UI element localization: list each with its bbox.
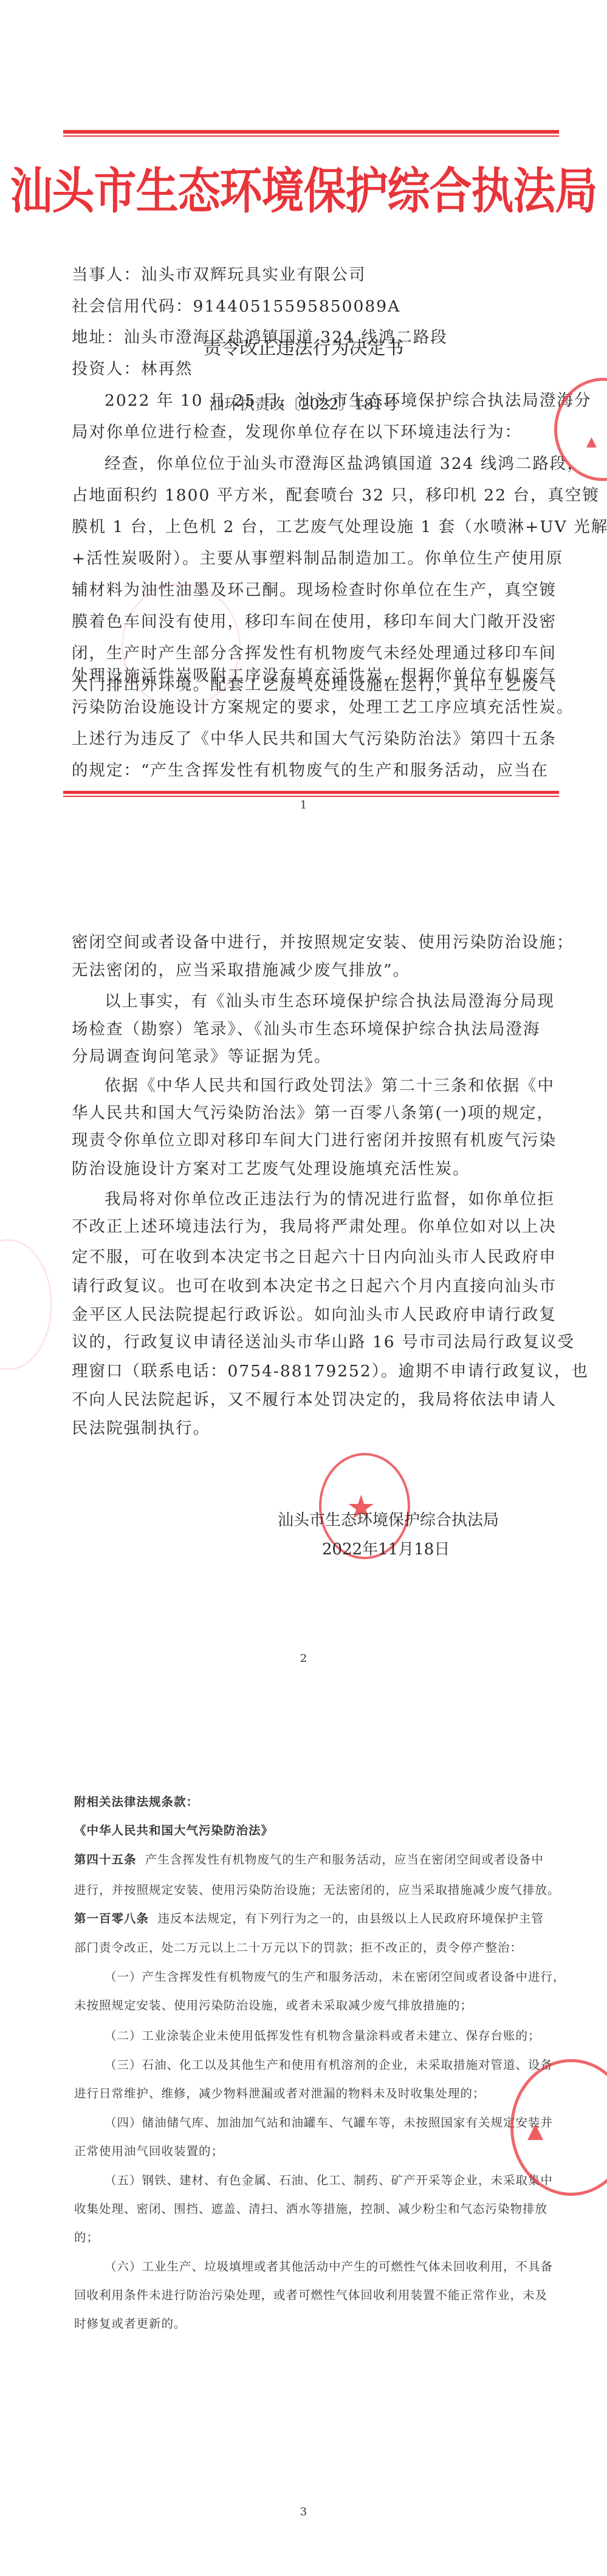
body-line: 2022 年 10 月 25 日，汕头市生态环境保护综合执法局澄海分 bbox=[105, 392, 540, 410]
header-rule-thick bbox=[63, 130, 559, 134]
clause-item: 的； bbox=[74, 2230, 99, 2245]
body-line: 金平区人民法院提起行政诉讼。如向汕头市人民政府申请行政复 bbox=[72, 1306, 540, 1324]
footer-rule-thick bbox=[63, 791, 559, 794]
body-line: 占地面积约 1800 平方米，配套喷台 32 只，移印机 22 台，真空镀 bbox=[72, 487, 540, 505]
body-line: 民法院强制执行。 bbox=[72, 1420, 540, 1438]
seal-ghost bbox=[122, 583, 241, 708]
party-investor: 投资人：林再然 bbox=[72, 360, 540, 378]
seal-ghost bbox=[0, 1239, 52, 1370]
clause-item: 时修复或者更新的。 bbox=[74, 2317, 187, 2331]
article-108-text: 违反本法规定，有下列行为之一的，由县级以上人民政府环境保护主管 bbox=[157, 1912, 544, 1925]
signature-date: 2022年11月18日 bbox=[322, 1537, 450, 1559]
article-45-cont: 进行，并按照规定安装、使用污染防治设施；无法密闭的，应当采取措施减少废气排放。 bbox=[74, 1883, 560, 1898]
clause-item: （一）产生含挥发性有机物废气的生产和服务活动，未在密闭空间或者设备中进行， bbox=[105, 1970, 566, 1984]
body-line: 上述行为违反了《中华人民共和国大气污染防治法》第四十五条 bbox=[72, 730, 540, 748]
body-line: 不改正上述环境违法行为，我局将严肃处理。你单位如对以上决 bbox=[72, 1218, 540, 1236]
seal-star-icon: ▲ bbox=[586, 434, 597, 449]
body-line: 华人民共和国大气污染防治法》第一百零八条第(一)项的规定， bbox=[72, 1104, 540, 1122]
clause-item: （五）钢铁、建材、有色金属、石油、化工、制药、矿产开采等企业，未采取集中 bbox=[105, 2173, 553, 2188]
clause-item: 收集处理、密闭、围挡、遮盖、清扫、洒水等措施，控制、减少粉尘和气态污染物排放 bbox=[74, 2202, 547, 2216]
party-address: 地址：汕头市澄海区盐鸿镇国道 324 线鸿二路段 bbox=[72, 329, 540, 347]
body-line: 不向人民法院起诉，又不履行本处罚决定的，我局将依法申请人 bbox=[72, 1391, 540, 1409]
agency-letterhead: 汕头市生态环境保护综合执法局 bbox=[0, 152, 607, 222]
body-line: 定不服，可在收到本决定书之日起六十日内向汕头市人民政府申 bbox=[72, 1248, 540, 1266]
body-line: 理窗口（联系电话：0754-88179252）。逾期不申请行政复议，也 bbox=[72, 1362, 540, 1381]
article-45: 第四十五条 产生含挥发性有机物废气的生产和服务活动，应当在密闭空间或者设备中 bbox=[74, 1853, 544, 1867]
clause-item: （三）石油、化工以及其他生产和使用有机溶剂的企业，未采取措施对管道、设备 bbox=[105, 2058, 553, 2072]
body-line: 无法密闭的，应当采取措施减少废气排放”。 bbox=[72, 962, 540, 980]
page-number: 1 bbox=[0, 799, 607, 811]
body-line: 现责令你单位立即对移印车间大门进行密闭并按照有机废气污染 bbox=[72, 1132, 540, 1150]
article-108-cont: 部门责令改正，处二万元以上二十万元以下的罚款；拒不改正的，责令停产整治： bbox=[74, 1941, 523, 1955]
seal-star-icon: ▲ bbox=[527, 2119, 543, 2143]
body-line: +活性炭吸附）。主要从事塑料制品制造加工。你单位生产使用原 bbox=[72, 550, 540, 568]
party-name: 当事人：汕头市双辉玩具实业有限公司 bbox=[72, 266, 540, 284]
page-number: 2 bbox=[0, 1652, 607, 1665]
body-line: 局对你单位进行检查，发现你单位存在以下环境违法行为： bbox=[72, 423, 540, 442]
clause-item: 回收利用条件未进行防治污染处理，或者可燃性气体回收利用装置不能正常作业，未及 bbox=[74, 2288, 547, 2303]
law-title: 《中华人民共和国大气污染防治法》 bbox=[74, 1823, 273, 1838]
body-line: 议的，行政复议申请径送汕头市华山路 16 号市司法局行政复议受 bbox=[72, 1333, 540, 1351]
body-line: 请行政复议。也可在收到本决定书之日起六个月内直接向汕头市 bbox=[72, 1277, 540, 1296]
body-line: 我局将对你单位改正违法行为的情况进行监督，如你单位拒 bbox=[105, 1191, 540, 1209]
party-credit-code: 社会信用代码：91440515595850089A bbox=[72, 298, 540, 316]
body-line: 以上事实，有《汕头市生态环境保护综合执法局澄海分局现 bbox=[105, 992, 540, 1011]
body-line: 依据《中华人民共和国行政处罚法》第二十三条和依据《中 bbox=[105, 1077, 540, 1095]
article-45-text: 产生含挥发性有机物废气的生产和服务活动，应当在密闭空间或者设备中 bbox=[145, 1853, 544, 1867]
body-line: 经查，你单位位于汕头市澄海区盐鸿镇国道 324 线鸿二路段， bbox=[105, 455, 540, 473]
footer-rule-thin bbox=[63, 796, 559, 797]
signature-org: 汕头市生态环境保护综合执法局 bbox=[278, 1508, 499, 1530]
header-rule-thin bbox=[63, 135, 559, 137]
page-number: 3 bbox=[0, 2506, 607, 2518]
clause-item: 正常使用油气回收装置的； bbox=[74, 2144, 224, 2159]
body-line: 辅材料为油性油墨及环己酮。现场检查时你单位在生产，真空镀 bbox=[72, 581, 540, 600]
body-line: 的规定：“产生含挥发性有机物废气的生产和服务活动，应当在 bbox=[72, 762, 540, 780]
article-108-label: 第一百零八条 bbox=[74, 1912, 149, 1925]
body-line: 污染防治设施设计方案规定的要求，处理工艺工序应填充活性炭。 bbox=[72, 699, 540, 717]
article-45-label: 第四十五条 bbox=[74, 1853, 137, 1867]
clause-item: （四）储油储气库、加油加气站和油罐车、气罐车等，未按照国家有关规定安装并 bbox=[105, 2116, 553, 2130]
body-line: 防治设施设计方案对工艺废气处理设施填充活性炭。 bbox=[72, 1160, 540, 1178]
clause-item: 未按照规定安装、使用污染防治设施，或者未采取减少废气排放措施的； bbox=[74, 1998, 473, 2013]
appendix-heading: 附相关法律法规条款： bbox=[74, 1795, 199, 1809]
clause-item: （六）工业生产、垃圾填埋或者其他活动中产生的可燃性气体未回收利用，不具备 bbox=[105, 2260, 553, 2274]
clause-item: 进行日常维护、维修，减少物料泄漏或者对泄漏的物料未及时收集处理的； bbox=[74, 2086, 485, 2101]
clause-item: （二）工业涂装企业未使用低挥发性有机物含量涂料或者未建立、保存台账的； bbox=[105, 2029, 541, 2043]
body-line: 膜机 1 台，上色机 2 台，工艺废气处理设施 1 套（水喷淋+UV 光解 bbox=[72, 518, 540, 536]
body-line: 场检查（勘察）笔录》、《汕头市生态环境保护综合执法局澄海 bbox=[72, 1020, 540, 1039]
article-108: 第一百零八条 违反本法规定，有下列行为之一的，由县级以上人民政府环境保护主管 bbox=[74, 1912, 544, 1926]
body-line: 分局调查询问笔录》等证据为凭。 bbox=[72, 1048, 540, 1066]
body-line: 密闭空间或者设备中进行，并按照规定安装、使用污染防治设施； bbox=[72, 934, 540, 952]
